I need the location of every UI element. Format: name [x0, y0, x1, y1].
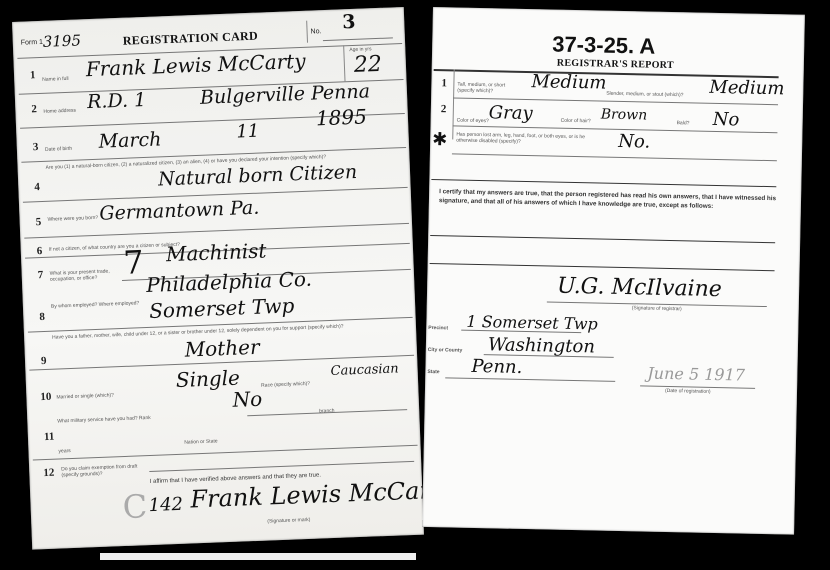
eye-color-label: Color of eyes?: [457, 118, 489, 125]
field-10-label: Married or single (which)?: [56, 392, 114, 400]
employer: Philadelphia Co.: [146, 267, 313, 297]
disability-value: No.: [618, 131, 650, 153]
hair-color: Brown: [601, 107, 648, 124]
years-label: years: [58, 448, 70, 454]
age: 22: [353, 52, 382, 78]
height-value: Medium: [531, 71, 606, 94]
birth-year: 1895: [315, 104, 367, 130]
birth-month: March: [98, 128, 162, 152]
eye-color: Gray: [489, 102, 533, 124]
report-code: 37-3-25. A: [552, 32, 656, 60]
disability-label: Has person lost arm, leg, hand, foot, or…: [456, 132, 586, 147]
military-rank: No: [232, 387, 262, 412]
bald-label: Bald?: [677, 120, 690, 126]
build-label: Slender, medium, or stout (which)?: [606, 91, 683, 99]
no-label: No.: [310, 28, 321, 35]
field-11-label: What military service have you had? Rank: [57, 415, 151, 425]
race-label: Race (specify which)?: [261, 381, 310, 389]
field-5-label: Where were you born?: [48, 215, 99, 223]
race: Caucasian: [330, 361, 399, 379]
form-label: Form 1: [21, 39, 43, 47]
dependent: Mother: [184, 335, 260, 362]
home-address-rd: R.D. 1: [87, 89, 147, 113]
field-8-label: By whom employed? Where employed?: [51, 300, 140, 309]
height-label: Tall, medium, or short (specify which)?: [457, 82, 507, 95]
field-12-label: Do you claim exemption from draft (speci…: [61, 463, 151, 478]
state: Penn.: [471, 356, 522, 378]
registration-card: Form 1 3195 REGISTRATION CARD No. 3 1 Na…: [12, 7, 424, 550]
paper-edge: [100, 553, 416, 560]
birthplace: Germantown Pa.: [99, 197, 260, 225]
bald-value: No: [712, 109, 739, 131]
field-7-label: What is your present trade, occupation, …: [50, 268, 120, 283]
employment-place: Somerset Twp: [149, 293, 295, 323]
form-number: 3195: [42, 31, 81, 50]
birth-day: 11: [236, 121, 260, 143]
marital-status: Single: [175, 366, 240, 392]
serial-number: 3: [342, 11, 356, 33]
field-1-label: Name in full: [42, 76, 69, 83]
registration-date: June 5 1917: [647, 364, 745, 385]
field-3-label: Date of birth: [45, 146, 72, 153]
build-value: Medium: [709, 77, 784, 100]
state-label: State: [427, 369, 439, 375]
bracket-mark: 7: [123, 243, 145, 282]
ink-blot-mark: ✱: [432, 129, 448, 150]
county-label: City or County: [428, 347, 463, 354]
nation-label: Nation or State: [184, 438, 218, 445]
certification-text: I certify that my answers are true, that…: [439, 187, 779, 212]
report-title: REGISTRAR'S REPORT: [557, 58, 674, 71]
signature-prefix: 142: [148, 494, 183, 516]
date-caption: (Date of registration): [665, 388, 711, 395]
stamp-circle: C: [122, 487, 148, 526]
signature-caption: (Signature or mark): [267, 517, 310, 525]
registrar-caption: (Signature of registrar): [632, 305, 682, 312]
field-2-label: Home address: [43, 108, 76, 115]
registrar-signature: U.G. McIlvaine: [557, 274, 722, 302]
occupation: Machinist: [166, 238, 267, 266]
registrars-report-card: 37-3-25. A REGISTRAR'S REPORT 1 Tall, me…: [422, 7, 805, 535]
precinct-label: Precinct: [428, 325, 448, 331]
field-6-label: If not a citizen, of what country are yo…: [49, 242, 180, 253]
hair-color-label: Color of hair?: [561, 118, 591, 125]
card-title: REGISTRATION CARD: [123, 29, 259, 49]
